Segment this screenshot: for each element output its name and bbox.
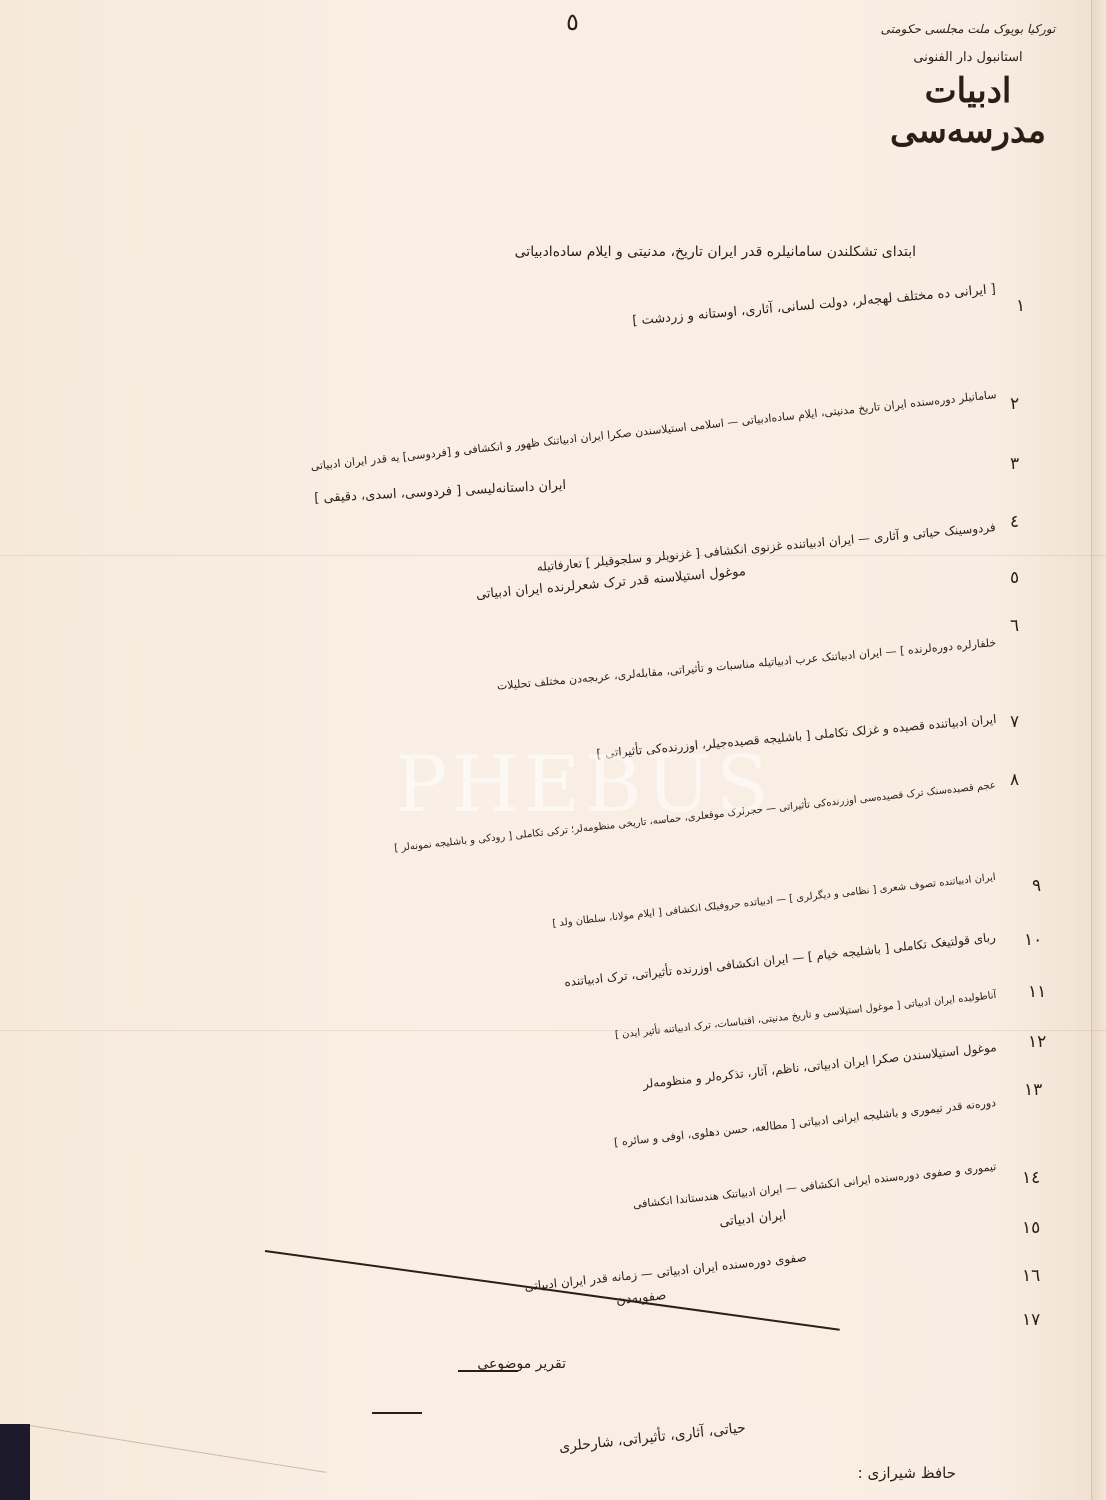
item-number: ١٦ bbox=[1022, 1266, 1040, 1286]
item-text: خلفارلره دوره‌لرنده ] — ایران ادبیاتنک ع… bbox=[496, 636, 996, 693]
item-number: ٦ bbox=[1010, 616, 1019, 636]
item-text: تیموری و صفوی دوره‌سنده ایرانی انکشافی —… bbox=[632, 1160, 996, 1211]
item-number: ٩ bbox=[1032, 876, 1041, 896]
page-number: ٥ bbox=[566, 8, 579, 36]
watermark: PHEBUS bbox=[395, 740, 773, 830]
item-text: آناطولیده ایران ادبیاتی [ موغول استیلاسی… bbox=[614, 990, 996, 1041]
item-number: ٤ bbox=[1010, 512, 1019, 532]
item-number: ٣ bbox=[1010, 454, 1019, 474]
item-text: ایران داستانه‌لیسی [ فردوسی، اسدی، دقیقی… bbox=[314, 478, 566, 506]
syllabus-heading: ابتدای تشکلندن سامانیلره قدر ایران تاریخ… bbox=[515, 244, 916, 260]
item-number: ١١ bbox=[1028, 982, 1046, 1002]
item-text: ایران ادبیاتنده تصوف شعری [ نظامی و دیگر… bbox=[552, 872, 996, 930]
item-text: موغول استیلاسنه قدر ترک شعرلرنده ایران ا… bbox=[476, 564, 747, 603]
item-number: ١٧ bbox=[1022, 1310, 1040, 1330]
item-number: ٨ bbox=[1010, 770, 1019, 790]
item-text: دوره‌نه قدر تیموری و باشلیجه ایرانی ادبی… bbox=[614, 1096, 997, 1149]
footer-topics: حیاتی، آثاری، تأثیراتی، شارحلری bbox=[559, 1420, 747, 1456]
item-text: ربای قولتیغک تکاملی [ باشلیجه خیام ] — ا… bbox=[564, 930, 997, 989]
item-number: ١٢ bbox=[1028, 1032, 1046, 1052]
item-number: ١٠ bbox=[1024, 930, 1042, 950]
paper-edge bbox=[1091, 0, 1106, 1500]
item-text: ایران ادبیاتی bbox=[719, 1208, 787, 1230]
letterhead-university-line: استانبول دار الفنونی bbox=[848, 50, 1088, 65]
item-text: موغول استیلاسندن صکرا ایران ادبیاتی، ناظ… bbox=[642, 1040, 997, 1091]
underline-stroke bbox=[372, 1412, 422, 1414]
item-number: ١٥ bbox=[1022, 1218, 1040, 1238]
fold-crease bbox=[0, 1030, 1106, 1031]
letterhead-government-line: تورکیا بویوک ملت مجلسی حکومتی bbox=[848, 22, 1088, 36]
item-number: ٧ bbox=[1010, 712, 1019, 732]
document-page: ٥ تورکیا بویوک ملت مجلسی حکومتی استانبول… bbox=[0, 0, 1106, 1500]
footer-subject-label: تقریر موضوعی bbox=[477, 1356, 566, 1372]
letterhead: تورکیا بویوک ملت مجلسی حکومتی استانبول د… bbox=[848, 18, 1088, 151]
item-number: ١ bbox=[1016, 296, 1025, 316]
item-number: ١٤ bbox=[1022, 1168, 1040, 1188]
item-number: ١٣ bbox=[1024, 1080, 1042, 1100]
letterhead-faculty-title: ادبیات مدرسه‌سی bbox=[848, 71, 1088, 151]
item-text: [ ایرانی ده مختلف لهجه‌لر، دولت لسانی، آ… bbox=[632, 282, 997, 329]
item-number: ٢ bbox=[1010, 394, 1019, 414]
background-corner bbox=[0, 1424, 30, 1500]
item-text: فردوسینک حیاتی و آثاری — ایران ادبیاتنده… bbox=[537, 520, 997, 574]
item-text: سامانیلر دوره‌سنده ایران تاریخ مدنیتی، ا… bbox=[310, 388, 997, 473]
corner-crease bbox=[30, 1425, 326, 1473]
footer-author-name: حافظ شیرازی : bbox=[858, 1464, 956, 1482]
fold-crease bbox=[0, 555, 1106, 556]
item-number: ٥ bbox=[1010, 568, 1019, 588]
